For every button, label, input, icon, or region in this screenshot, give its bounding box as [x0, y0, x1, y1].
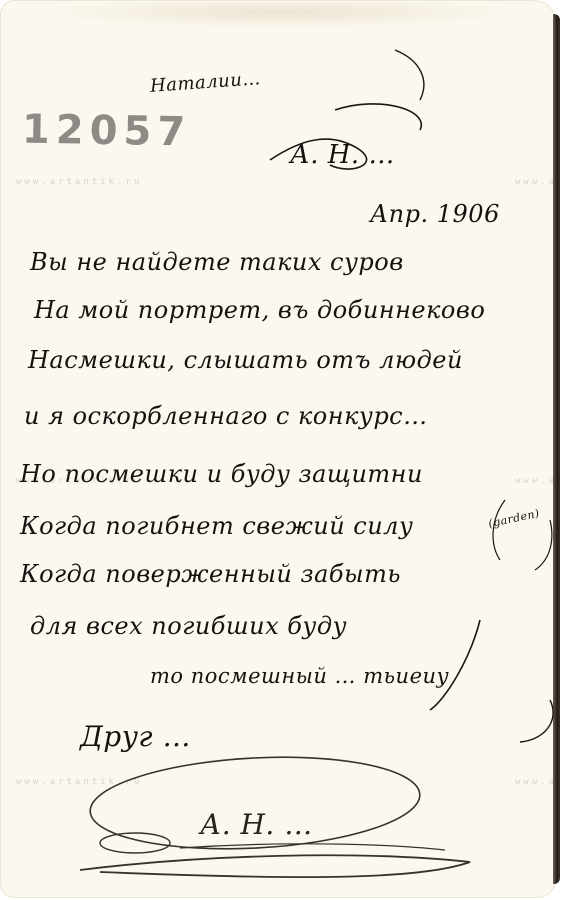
body-line-5: Но посмешки и буду защитни — [20, 460, 423, 488]
watermark-right-top: www.a — [515, 177, 557, 187]
watermark-right-bottom: www.a — [515, 777, 557, 787]
watermark-right-mid: www.a — [515, 476, 557, 486]
watermark-left-top: www.artantik.ru — [16, 177, 142, 187]
date: Апр. 1906 — [370, 200, 500, 228]
signature-top: А. Н. … — [290, 140, 395, 170]
paper-stain — [40, 2, 520, 28]
body-line-2: На мой портрет, въ добиннеково — [34, 296, 485, 324]
card-edge — [553, 14, 560, 884]
watermark-left-bottom: www.artantik.ru — [16, 777, 142, 787]
body-line-7: Когда поверженный забыть — [20, 560, 401, 588]
body-line-6: Когда погибнет свежий силу — [20, 512, 413, 540]
body-line-4: и я оскорбленнаго с конкурс… — [24, 402, 428, 430]
catalog-number: 12057 — [22, 107, 192, 156]
body-line-3: Насмешки, слышать отъ людей — [28, 346, 463, 374]
closing: Друг … — [80, 720, 191, 753]
body-line-1: Вы не найдете таких суров — [30, 248, 404, 276]
signature-bottom: А. Н. … — [200, 808, 313, 841]
body-line-9: то посмешный … тьиеиу — [150, 664, 449, 688]
body-line-8: для всех погибших буду — [30, 612, 347, 640]
